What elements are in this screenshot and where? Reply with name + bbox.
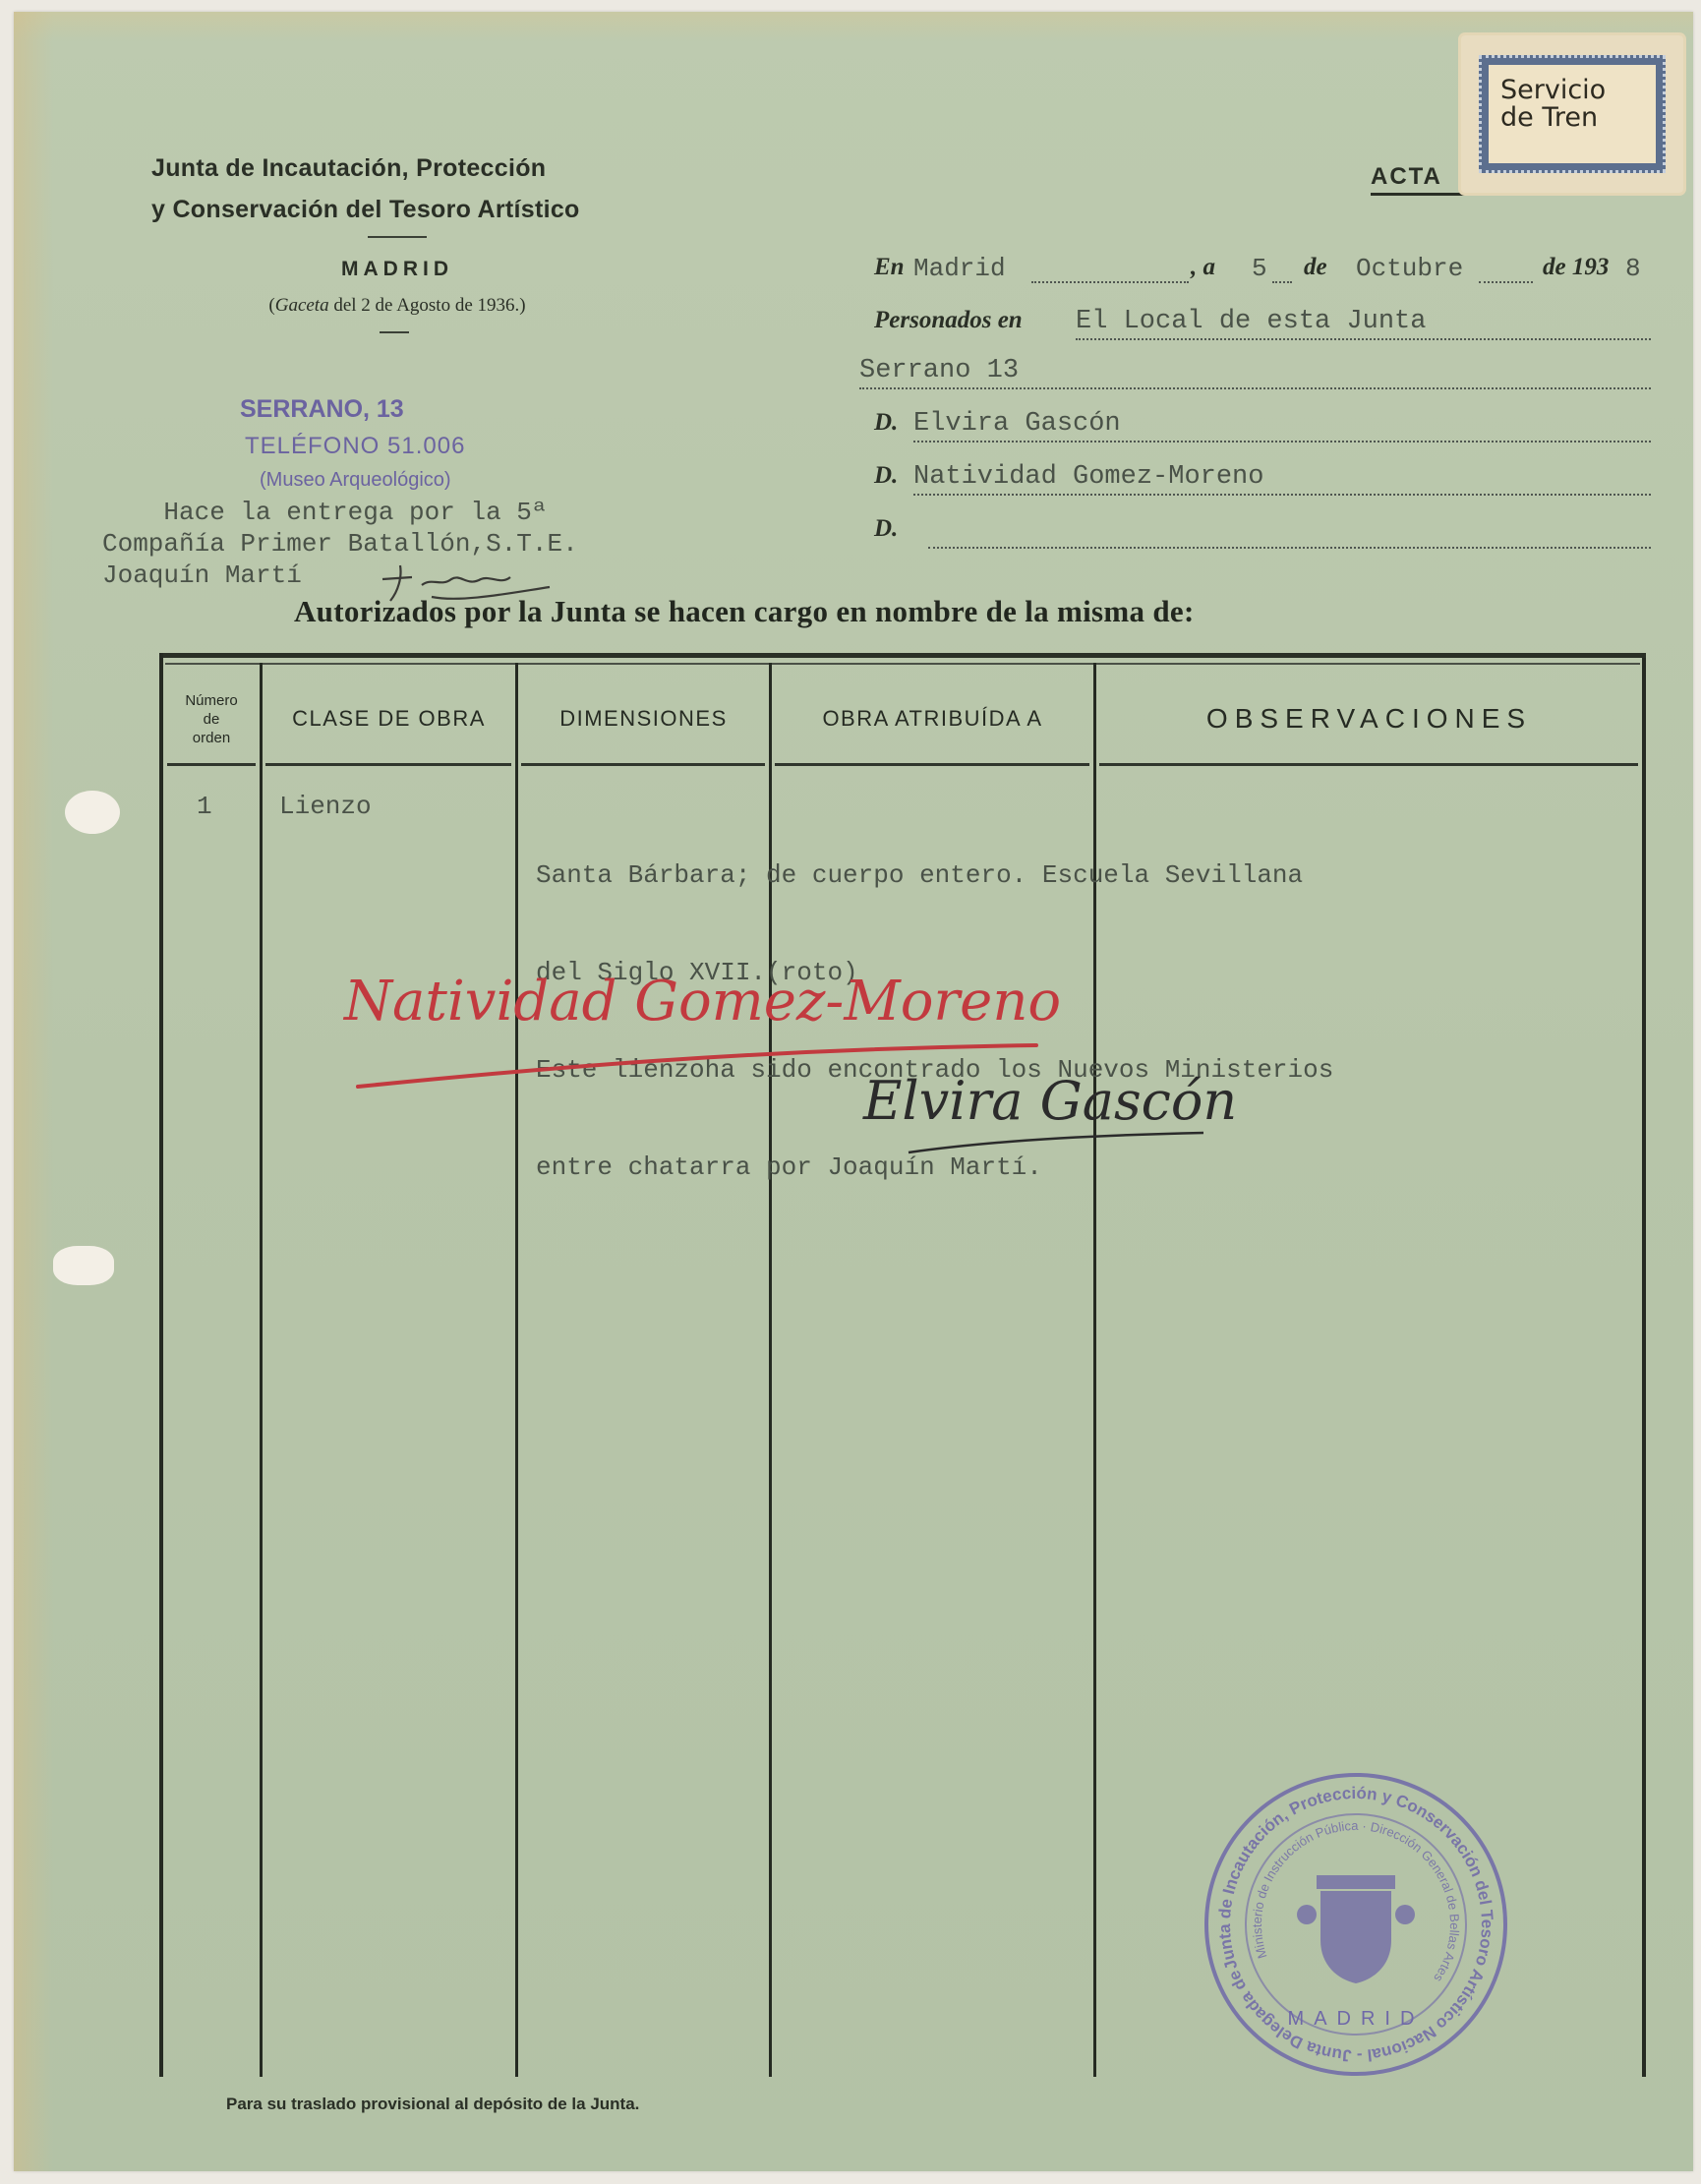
address-stamp-museum: (Museo Arqueológico) (260, 469, 451, 492)
acta-underline (1371, 193, 1654, 196)
divider (368, 236, 427, 238)
location-field-1[interactable]: El Local de esta Junta (1076, 307, 1426, 336)
ticket-text: Servicio de Tren (1500, 77, 1606, 132)
divider (380, 331, 409, 333)
person-field-1[interactable]: Elvira Gascón (913, 409, 1121, 439)
dotted-line (913, 494, 1651, 496)
letterhead-line-1: Junta de Incautación, Protección (151, 148, 580, 189)
location-field-2[interactable]: Serrano 13 (859, 356, 1019, 385)
table-right-border (1642, 658, 1646, 2077)
table-left-border (159, 653, 163, 2077)
document-sheet: Junta de Incautación, Protección y Conse… (14, 12, 1693, 2171)
letterhead-line-2: y Conservación del Tesoro Artístico (151, 189, 580, 230)
dotted-line (1031, 281, 1189, 283)
ticket-frame: Servicio de Tren (1479, 55, 1666, 173)
date-line: En Madrid , a 5 de Octubre de 193 8 (874, 254, 1651, 293)
d-label: D. (874, 409, 898, 437)
a-label: , a (1191, 254, 1215, 281)
column-header-observaciones: OBSERVACIONES (1096, 675, 1642, 763)
table-top-border-inner (165, 663, 1640, 665)
table-top-border (159, 653, 1646, 658)
official-seal: Junta de Incautación, Protección y Conse… (1199, 1767, 1513, 2082)
punch-hole (65, 791, 120, 834)
person-line-1: D. Elvira Gascón (874, 409, 1651, 448)
personados-line: Personados en El Local de esta Junta (874, 307, 1651, 346)
dotted-line (1272, 281, 1292, 283)
d-label: D. (874, 515, 898, 543)
dotted-line (913, 441, 1651, 443)
year-label: de 193 (1543, 254, 1609, 281)
d-label: D. (874, 462, 898, 490)
header-underline (775, 763, 1089, 766)
letterhead-title: Junta de Incautación, Protección y Conse… (151, 148, 580, 230)
row-1-numero: 1 (197, 791, 212, 823)
address-stamp-street: SERRANO, 13 (240, 395, 404, 424)
header-underline (167, 763, 256, 766)
header-underline (1099, 763, 1638, 766)
column-header-clase: CLASE DE OBRA (263, 675, 515, 763)
dotted-line (928, 547, 1651, 549)
de-label: de (1304, 254, 1327, 281)
punch-hole (53, 1246, 114, 1285)
person-field-2[interactable]: Natividad Gomez-Moreno (913, 462, 1263, 492)
svg-text:Natividad Gomez-Moreno: Natividad Gomez-Moreno (342, 970, 1061, 1033)
day-field[interactable]: 5 (1252, 254, 1267, 283)
dotted-line (1479, 281, 1533, 283)
row-1-clase: Lienzo (279, 791, 372, 823)
service-ticket-stamp: Servicio de Tren (1461, 35, 1683, 193)
dotted-line (859, 387, 1651, 389)
dotted-line (1076, 338, 1651, 340)
footer-note: Para su traslado provisional al depósito… (226, 2095, 639, 2114)
column-header-numero: Númerodeorden (163, 675, 260, 763)
header-underline (521, 763, 765, 766)
letterhead-gaceta: (Gaceta del 2 de Agosto de 1936.) (210, 295, 584, 317)
year-digit-field[interactable]: 8 (1625, 254, 1641, 283)
black-signature-elvira: Elvira Gascón (859, 1054, 1331, 1172)
location-line-2: Serrano 13 (859, 356, 1651, 395)
svg-text:Elvira Gascón: Elvira Gascón (862, 1070, 1237, 1132)
address-stamp-phone: TELÉFONO 51.006 (245, 433, 465, 460)
header-underline (265, 763, 511, 766)
acta-label: ACTA (1371, 163, 1442, 191)
personados-label: Personados en (874, 307, 1023, 334)
en-label: En (874, 254, 905, 281)
letterhead-city: MADRID (319, 258, 476, 281)
column-header-dimensiones: DIMENSIONES (518, 675, 769, 763)
month-field[interactable]: Octubre (1356, 254, 1463, 283)
column-header-atribuida: OBRA ATRIBUÍDA A (772, 675, 1093, 763)
person-line-3: D. (874, 515, 1651, 555)
authorized-statement: Autorizados por la Junta se hacen cargo … (294, 594, 1195, 629)
column-divider (515, 663, 518, 2077)
svg-text:MADRID: MADRID (1288, 2008, 1425, 2030)
place-field[interactable]: Madrid (913, 254, 1006, 283)
column-divider (260, 663, 263, 2077)
person-line-2: D. Natividad Gomez-Moreno (874, 462, 1651, 502)
